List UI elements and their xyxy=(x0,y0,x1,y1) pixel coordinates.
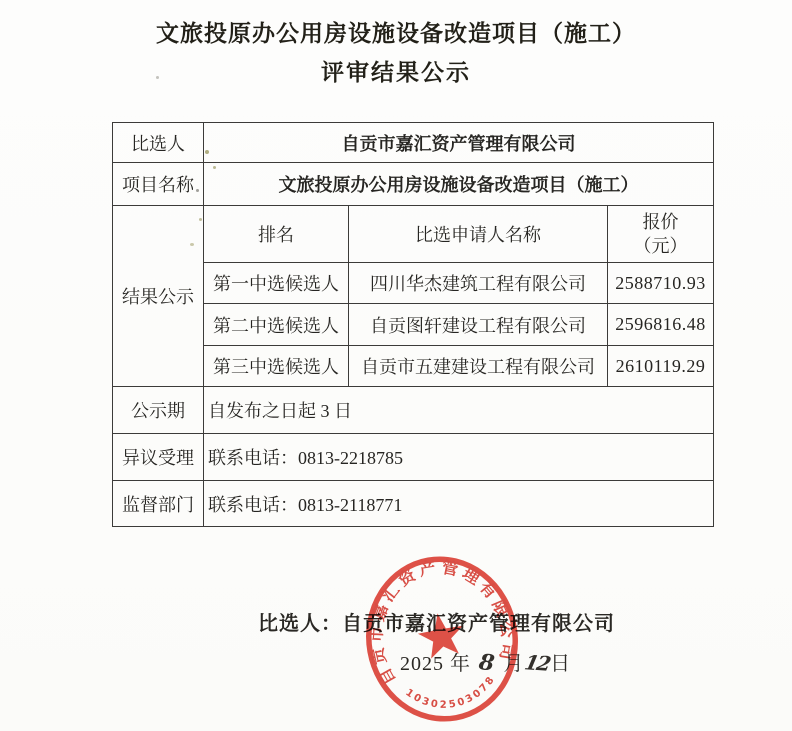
supervision-value: 联系电话：0813-2118771 xyxy=(204,481,714,527)
footer-date-line: 2025 年 8 月12日 xyxy=(400,647,571,676)
footer-signer-value: 自贡市嘉汇资产管理有限公司 xyxy=(342,613,615,635)
result-1-applicant: 四川华杰建筑工程有限公司 xyxy=(349,263,608,304)
document-title-line2: 评审结果公示 xyxy=(0,54,792,87)
date-day-suffix: 日 xyxy=(550,653,571,675)
bidder-value: 自贡市嘉汇资产管理有限公司 xyxy=(204,123,714,163)
rank-column-header: 排名 xyxy=(204,206,349,263)
result-3-price: 2610119.29 xyxy=(608,346,714,387)
result-2-applicant: 自贡图轩建设工程有限公司 xyxy=(349,304,608,346)
applicant-column-header: 比选申请人名称 xyxy=(349,206,608,263)
review-result-table: 比选人 自贡市嘉汇资产管理有限公司 项目名称 文旅投原办公用房设施设备改造项目（… xyxy=(112,122,714,527)
result-publicity-label: 结果公示 xyxy=(113,206,204,387)
result-1-price: 2588710.93 xyxy=(608,263,714,304)
seal-registration-number: 5103025030787 xyxy=(362,551,502,725)
result-3-applicant: 自贡市五建建设工程有限公司 xyxy=(349,346,608,387)
result-row-3: 第三中选候选人 自贡市五建建设工程有限公司 2610119.29 xyxy=(113,346,714,387)
footer-signer-line: 比选人：自贡市嘉汇资产管理有限公司 xyxy=(258,607,615,636)
bidder-label: 比选人 xyxy=(113,123,204,163)
table-row: 比选人 自贡市嘉汇资产管理有限公司 xyxy=(113,123,714,163)
table-row: 项目名称 文旅投原办公用房设施设备改造项目（施工） xyxy=(113,163,714,206)
result-row-2: 第二中选候选人 自贡图轩建设工程有限公司 2596816.48 xyxy=(113,304,714,346)
scan-speck xyxy=(156,76,159,79)
table-row: 监督部门 联系电话：0813-2118771 xyxy=(113,481,714,527)
scan-speck xyxy=(213,166,216,169)
result-3-rank: 第三中选候选人 xyxy=(204,346,349,387)
result-1-rank: 第一中选候选人 xyxy=(204,263,349,304)
seal-ring xyxy=(362,551,522,727)
price-header-line1: 报价 xyxy=(643,212,679,232)
project-name-value: 文旅投原办公用房设施设备改造项目（施工） xyxy=(204,163,714,206)
scanned-document-page: { "page": { "title_line1": "文旅投原办公用房设施设备… xyxy=(0,0,792,731)
company-seal-stamp: 自贡市嘉汇资产管理有限公司 5103025030787 xyxy=(362,551,522,727)
publicity-period-value: 自发布之日起 3 日 xyxy=(204,387,714,434)
price-header-line2: （元） xyxy=(634,236,688,256)
scan-speck xyxy=(190,243,194,246)
handwritten-day: 12 xyxy=(523,650,552,675)
date-year: 2025 年 xyxy=(400,653,471,675)
project-name-label: 项目名称 xyxy=(113,163,204,206)
date-month-suffix: 月 xyxy=(503,653,524,675)
scan-speck xyxy=(196,189,199,192)
result-2-price: 2596816.48 xyxy=(608,304,714,346)
document-title-line1: 文旅投原办公用房设施设备改造项目（施工） xyxy=(0,15,792,48)
scan-speck xyxy=(205,150,209,154)
objection-label: 异议受理 xyxy=(113,434,204,481)
supervision-label: 监督部门 xyxy=(113,481,204,527)
result-2-rank: 第二中选候选人 xyxy=(204,304,349,346)
objection-value: 联系电话：0813-2218785 xyxy=(204,434,714,481)
scan-speck xyxy=(199,218,202,221)
footer-signer-label: 比选人： xyxy=(258,613,342,635)
table-row: 结果公示 排名 比选申请人名称 报价 （元） xyxy=(113,206,714,263)
svg-text:5103025030787: 5103025030787 xyxy=(362,551,502,725)
table-row: 公示期 自发布之日起 3 日 xyxy=(113,387,714,434)
handwritten-month: 8 xyxy=(477,649,497,677)
publicity-period-label: 公示期 xyxy=(113,387,204,434)
result-row-1: 第一中选候选人 四川华杰建筑工程有限公司 2588710.93 xyxy=(113,263,714,304)
price-column-header: 报价 （元） xyxy=(608,206,714,263)
table-row: 异议受理 联系电话：0813-2218785 xyxy=(113,434,714,481)
